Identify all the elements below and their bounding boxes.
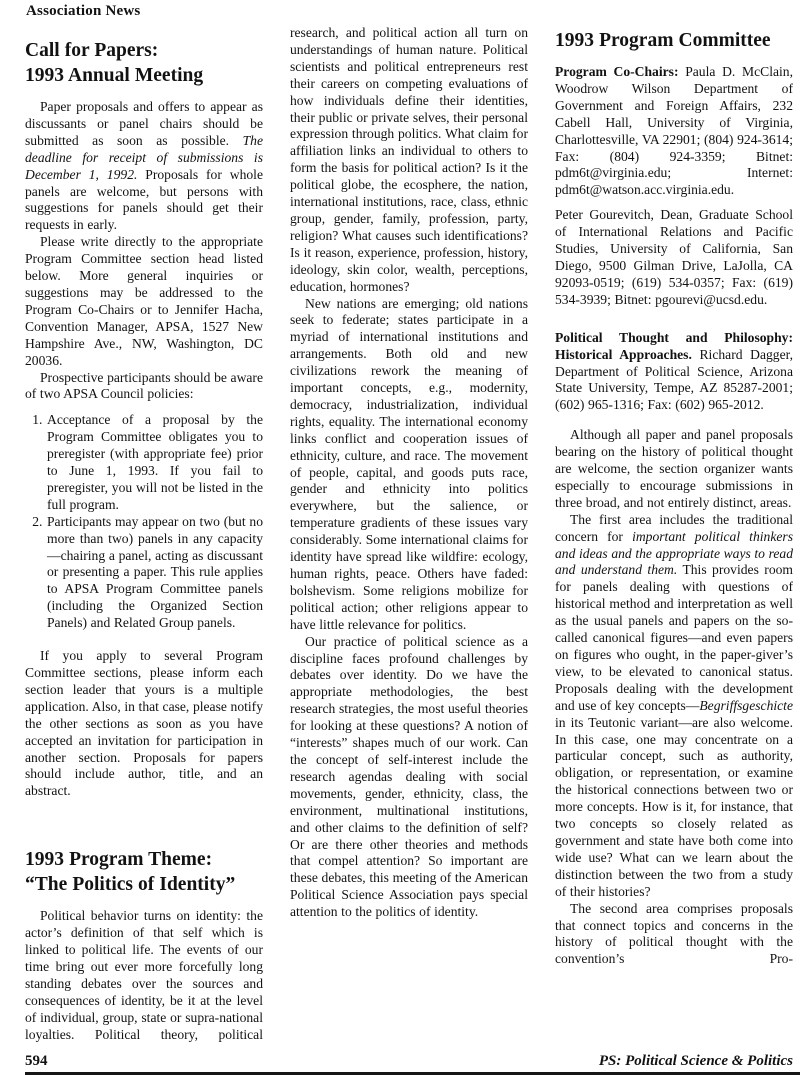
text-segment: Program Co-Chairs: (555, 64, 685, 79)
paragraph: Peter Gourevitch, Dean, Graduate School … (555, 207, 793, 308)
paragraph: The first area includes the traditional … (555, 512, 793, 901)
text-segment: important political thinkers and ideas a… (555, 529, 793, 578)
page-number: 594 (25, 1053, 48, 1070)
column-middle: research, and political action all turn … (290, 25, 528, 1045)
paragraph: New nations are emerging; old nations se… (290, 296, 528, 634)
text-segment: Political Thought and Philosophy: Histor… (555, 330, 793, 362)
call-for-papers-heading: Call for Papers:1993 Annual Meeting (25, 38, 263, 88)
policy-list: Acceptance of a proposal by the Program … (25, 412, 263, 632)
program-committee-heading: 1993 Program Committee (555, 28, 793, 53)
paragraph: The second area comprises proposals that… (555, 901, 793, 969)
text-segment: The deadline for receipt of submissions … (25, 133, 263, 182)
paragraph: Political Thought and Philosophy: Histor… (555, 330, 793, 415)
policy-list-item: Acceptance of a proposal by the Program … (46, 412, 263, 513)
journal-title: PS: Political Science & Politics (599, 1053, 793, 1070)
paragraph: research, and political action all turn … (290, 25, 528, 296)
journal-page: Association News Call for Papers:1993 An… (0, 0, 800, 1075)
paragraph: If you apply to several Program Committe… (25, 648, 263, 800)
paragraph: Political behavior turns on identity: th… (25, 908, 263, 1043)
paragraph: Our practice of political science as a d… (290, 634, 528, 921)
text-segment: Begriffsgeschicte (699, 698, 793, 713)
paragraph: Please write directly to the appropriate… (25, 234, 263, 369)
column-left: Call for Papers:1993 Annual MeetingPaper… (25, 25, 263, 1045)
footer: 594 PS: Political Science & Politics (25, 1053, 793, 1070)
column-right: 1993 Program CommitteeProgram Co-Chairs:… (555, 25, 793, 1045)
paragraph: Paper proposals and offers to appear as … (25, 99, 263, 234)
three-column-layout: Call for Papers:1993 Annual MeetingPaper… (25, 25, 793, 1045)
kicker-association-news: Association News (26, 3, 140, 20)
policy-list-item: Participants may appear on two (but no m… (46, 514, 263, 632)
program-theme-heading: 1993 Program Theme:“The Politics of Iden… (25, 847, 263, 897)
paragraph: Prospective participants should be aware… (25, 370, 263, 404)
paragraph: Program Co-Chairs: Paula D. McClain, Woo… (555, 64, 793, 199)
paragraph: Although all paper and panel proposals b… (555, 427, 793, 512)
